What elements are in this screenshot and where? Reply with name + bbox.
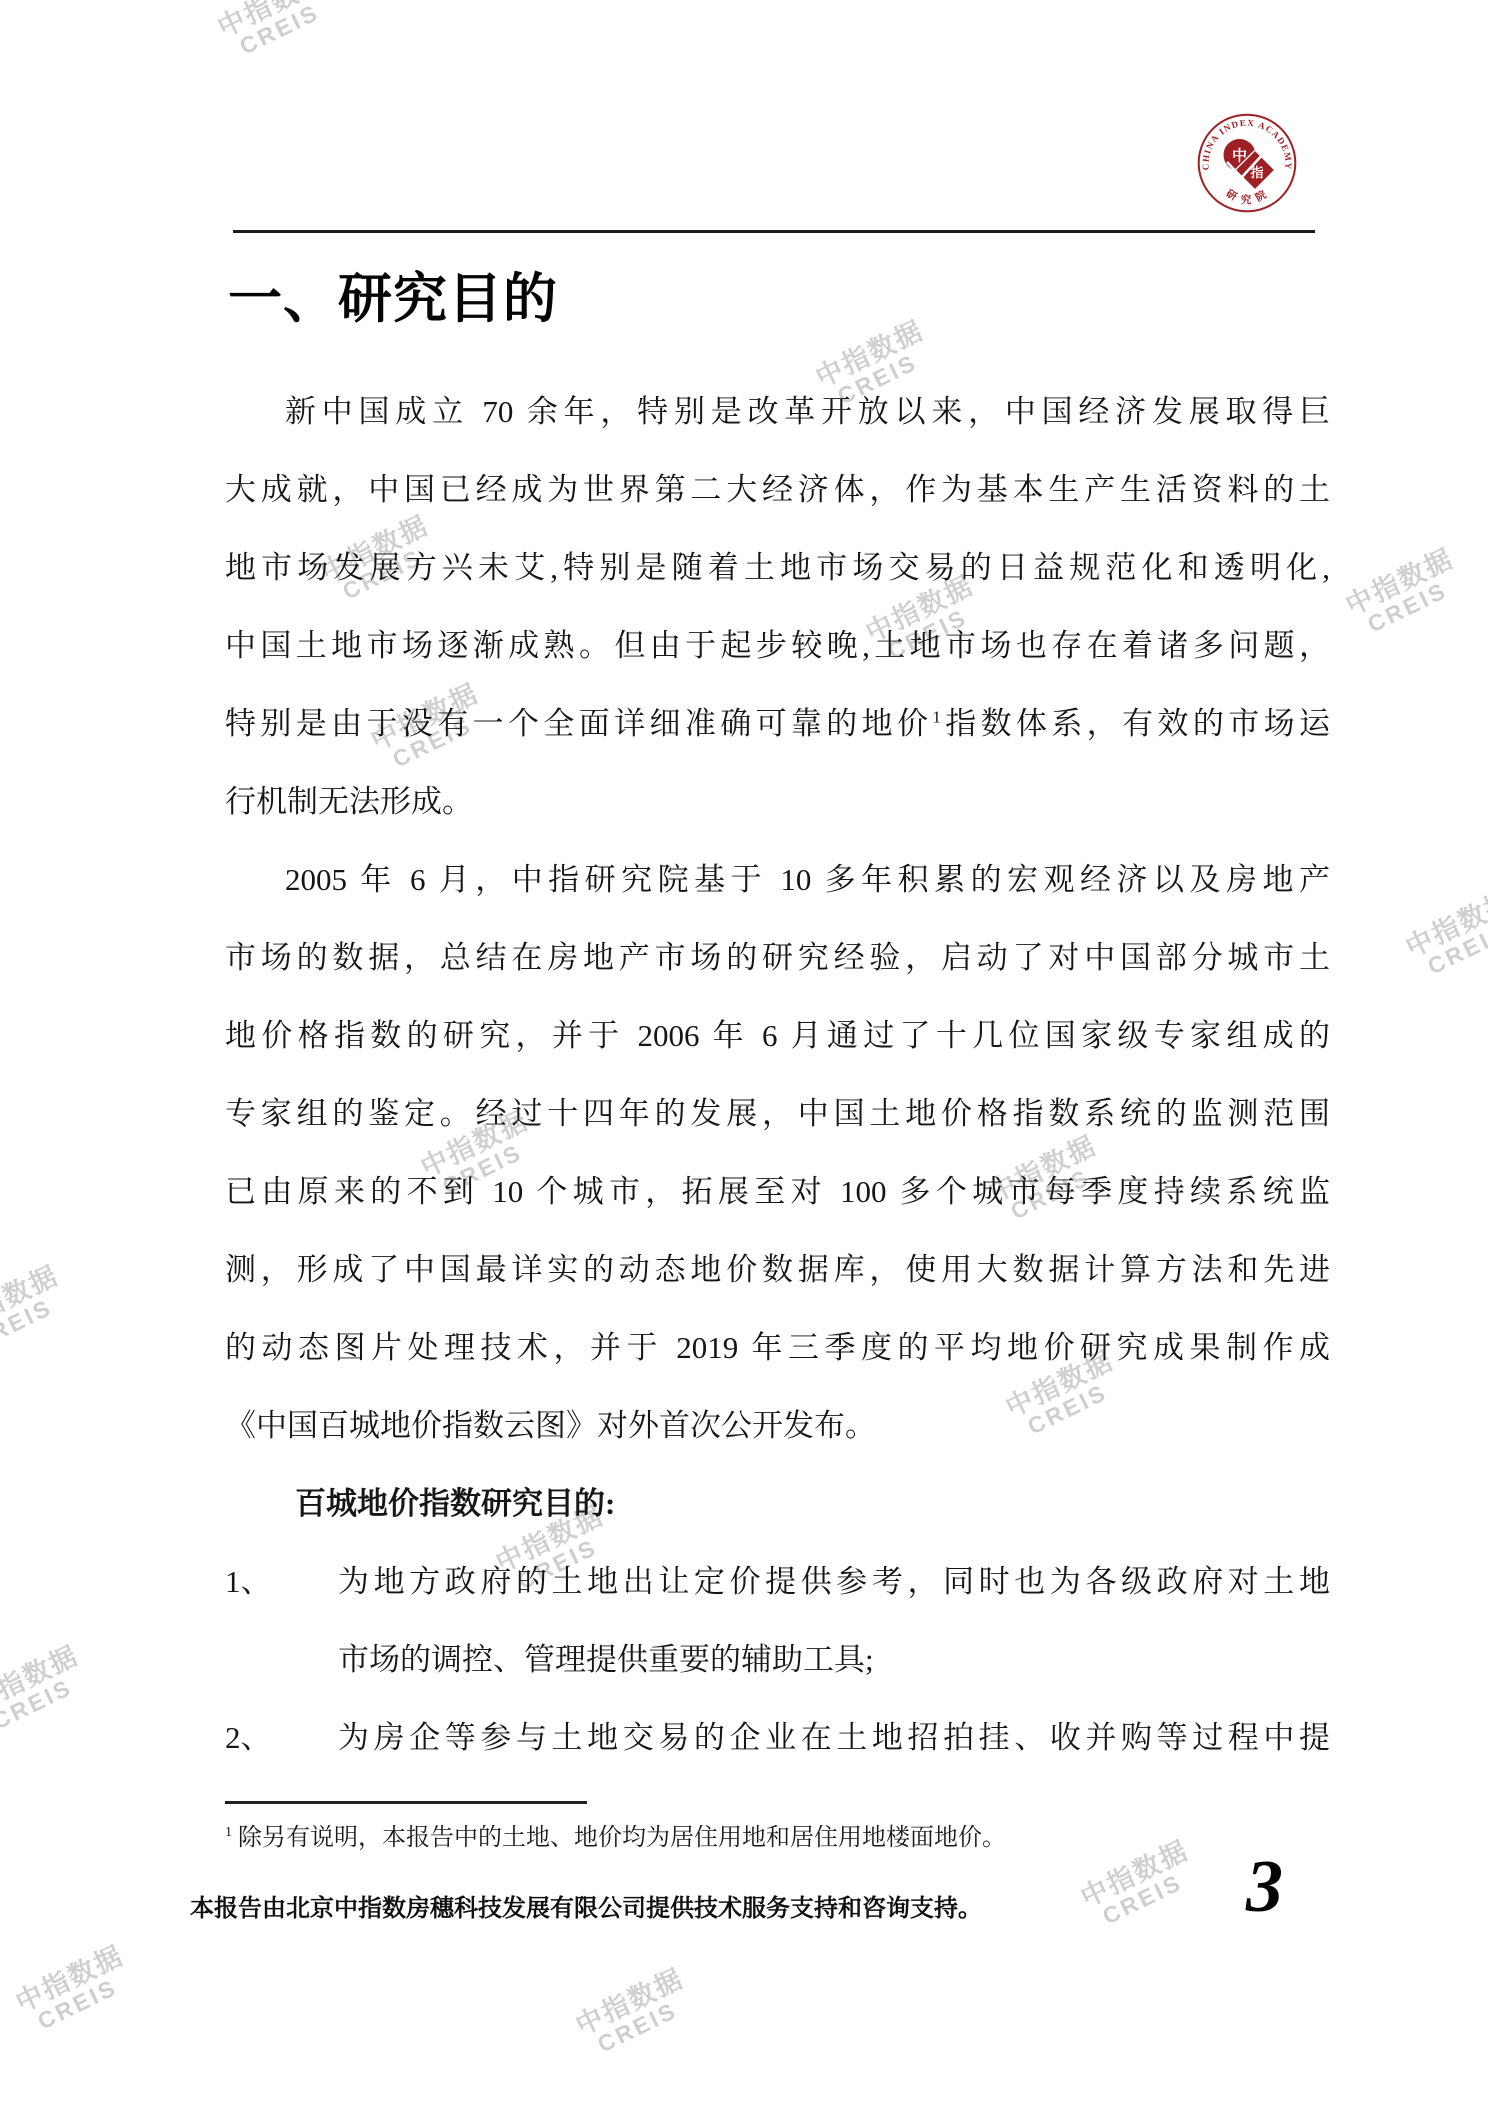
creis-watermark: 中指数据CREIS <box>1401 886 1488 984</box>
paragraph-line: 市场的调控、管理提供重要的辅助工具; <box>338 1621 1330 1699</box>
paragraph-line: 的动态图片处理技术，并于 2019 年三季度的平均地价研究成果制作成 <box>225 1309 1330 1387</box>
paragraph-line: 专家组的鉴定。经过十四年的发展，中国土地价格指数系统的监测范围 <box>225 1075 1330 1153</box>
paragraph-line: 为房企等参与土地交易的企业在土地招拍挂、收并购等过程中提 <box>338 1699 1330 1777</box>
creis-watermark: 中指数据CREIS <box>0 1261 74 1359</box>
document-body: 新中国成立 70 余年，特别是改革开放以来，中国经济发展取得巨 大成就，中国已经… <box>225 373 1330 1777</box>
logo-char-zhong: 中 <box>1232 148 1247 165</box>
paragraph-line: 已由原来的不到 10 个城市，拓展至对 100 多个城市每季度持续系统监 <box>225 1153 1330 1231</box>
line-text: 特别是由于没有一个全面详细准确可靠的地价 <box>225 706 932 741</box>
paragraph-line: 中国土地市场逐渐成熟。但由于起步较晚,土地市场也存在着诸多问题， <box>225 607 1330 685</box>
creis-watermark: 中指数据CREIS <box>11 1941 138 2039</box>
paragraph-line: 大成就，中国已经成为世界第二大经济体，作为基本生产生活资料的土 <box>225 451 1330 529</box>
list-item-1: 1、 为地方政府的土地出让定价提供参考，同时也为各级政府对土地 市场的调控、管理… <box>225 1543 1330 1699</box>
paragraph-line: 特别是由于没有一个全面详细准确可靠的地价1指数体系，有效的市场运 <box>225 685 1330 763</box>
footnote-ref-marker: 1 <box>932 708 941 727</box>
paragraph-line: 行机制无法形成。 <box>225 763 1330 841</box>
creis-watermark: 中指数据CREIS <box>1341 544 1468 642</box>
paragraph-line: 地市场发展方兴未艾,特别是随着土地市场交易的日益规范化和透明化, <box>225 529 1330 607</box>
paragraph-line: 地价格指数的研究，并于 2006 年 6 月通过了十几位国家级专家组成的 <box>225 997 1330 1075</box>
paragraph-line: 2005 年 6 月，中指研究院基于 10 多年积累的宏观经济以及房地产 <box>225 841 1330 919</box>
report-page: 中指数据CREIS中指数据CREIS中指数据CREIS中指数据CREIS中指数据… <box>0 0 1488 2104</box>
creis-watermark: 中指数据CREIS <box>571 1964 698 2062</box>
paragraph-line: 测，形成了中国最详实的动态地价数据库，使用大数据计算方法和先进 <box>225 1231 1330 1309</box>
paragraph-line: 为地方政府的土地出让定价提供参考，同时也为各级政府对土地 <box>338 1543 1330 1621</box>
list-item-2: 2、 为房企等参与土地交易的企业在土地招拍挂、收并购等过程中提 <box>225 1699 1330 1777</box>
footnote-separator <box>225 1801 587 1804</box>
paragraph-line: 市场的数据，总结在房地产市场的研究经验，启动了对中国部分城市土 <box>225 919 1330 997</box>
china-index-academy-logo-icon: CHINA INDEX ACADEMY 研 究 院 中 指 <box>1197 113 1297 213</box>
paragraph-line: 新中国成立 70 余年，特别是改革开放以来，中国经济发展取得巨 <box>225 373 1330 451</box>
header-divider <box>233 230 1315 233</box>
line-text: 指数体系，有效的市场运 <box>941 706 1330 741</box>
list-item-number: 1、 <box>225 1543 272 1621</box>
list-item-number: 2、 <box>225 1699 272 1777</box>
section-title: 一、研究目的 <box>228 256 558 333</box>
page-number: 3 <box>1246 1845 1283 1930</box>
creis-watermark: 中指数据CREIS <box>0 1641 94 1739</box>
footnote-number: 1 <box>225 1825 232 1840</box>
list-item-text: 为房企等参与土地交易的企业在土地招拍挂、收并购等过程中提 <box>338 1699 1330 1777</box>
support-statement: 本报告由北京中指数房穗科技发展有限公司提供技术服务支持和咨询支持。 <box>190 1888 1190 1923</box>
footnote: 1 除另有说明，本报告中的土地、地价均为居住用地和居住用地楼面地价。 <box>225 1816 1225 1855</box>
creis-watermark: 中指数据CREIS <box>213 0 340 64</box>
list-item-text: 为地方政府的土地出让定价提供参考，同时也为各级政府对土地 市场的调控、管理提供重… <box>338 1543 1330 1699</box>
footnote-text: 除另有说明，本报告中的土地、地价均为居住用地和居住用地楼面地价。 <box>238 1825 1006 1851</box>
sub-heading: 百城地价指数研究目的: <box>225 1465 1330 1543</box>
paragraph-line: 《中国百城地价指数云图》对外首次公开发布。 <box>225 1387 1330 1465</box>
